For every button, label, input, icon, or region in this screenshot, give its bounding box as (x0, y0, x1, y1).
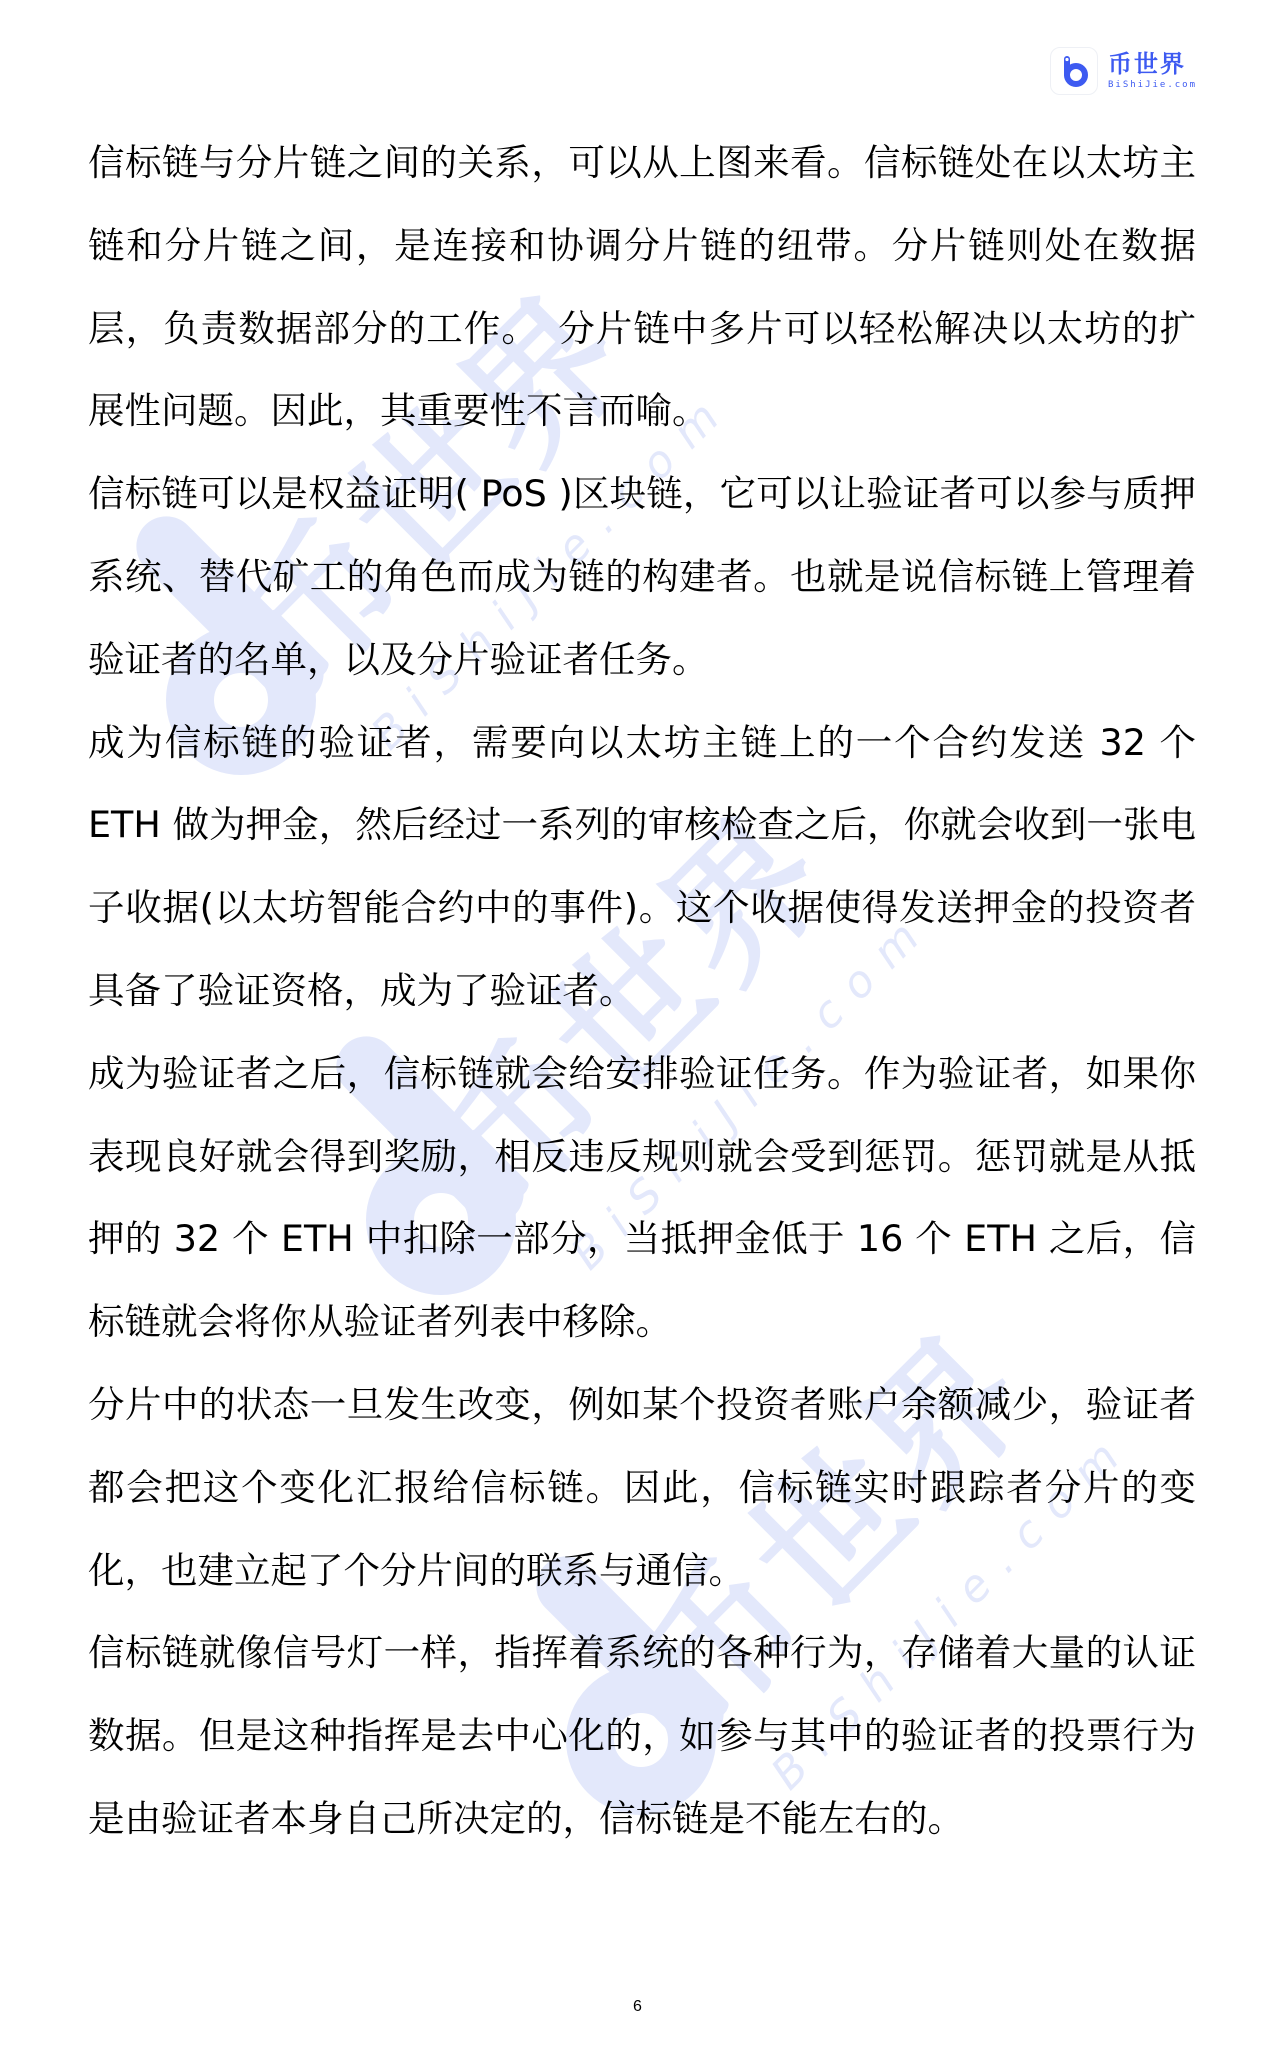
page-number: 6 (0, 1998, 1275, 2016)
logo-chinese-name: 币世界 (1108, 51, 1197, 77)
paragraph-shard-state-reporting: 分片中的状态一旦发生改变，例如某个投资者账户余额减少，验证者都会把这个变化汇报给… (88, 1364, 1196, 1612)
document-body: 信标链与分片链之间的关系，可以从上图来看。信标链处在以太坊主链和分片链之间，是连… (88, 122, 1196, 1861)
paragraph-validator-duties: 成为验证者之后，信标链就会给安排验证任务。作为验证者，如果你表现良好就会得到奖励… (88, 1033, 1196, 1364)
paragraph-beacon-signal-light: 信标链就像信号灯一样，指挥着系统的各种行为，存储着大量的认证数据。但是这种指挥是… (88, 1612, 1196, 1860)
paragraph-beacon-pos: 信标链可以是权益证明( PoS )区块链，它可以让验证者可以参与质押系统、替代矿… (88, 453, 1196, 701)
paragraph-beacon-shard-relationship: 信标链与分片链之间的关系，可以从上图来看。信标链处在以太坊主链和分片链之间，是连… (88, 122, 1196, 453)
logo-domain: BiShiJie.com (1108, 79, 1197, 91)
paragraph-become-validator: 成为信标链的验证者，需要向以太坊主链上的一个合约发送 32 个 ETH 做为押金… (88, 702, 1196, 1033)
header-logo: 币世界 BiShiJie.com (1050, 47, 1197, 95)
logo-b-glyph-icon (1059, 55, 1089, 87)
bishijie-logo-icon (1050, 47, 1098, 95)
